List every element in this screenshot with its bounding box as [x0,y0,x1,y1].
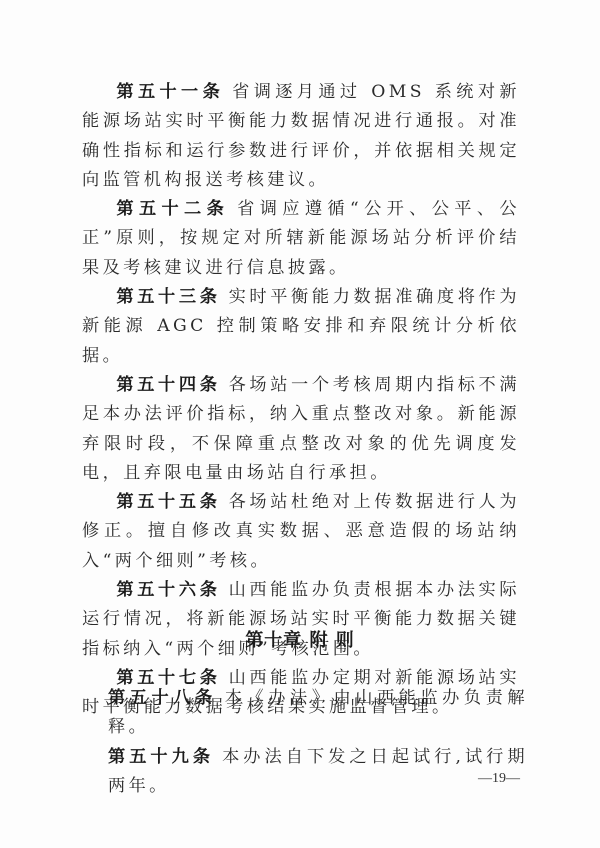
article-label: 第五十三条 [116,287,220,307]
article-59: 第五十九条本办法自下发之日起试行,试行期两年。 [108,743,528,802]
article-label: 第五十九条 [108,747,214,767]
article-58: 第五十八条本《办法》由山西能监办负责解释。 [108,684,528,743]
article-53: 第五十三条实时平衡能力数据准确度将作为新能源 AGC 控制策略安排和弃限统计分析… [82,283,520,371]
article-label: 第五十八条 [108,688,217,708]
supplementary-articles: 第五十八条本《办法》由山西能监办负责解释。 第五十九条本办法自下发之日起试行,试… [108,684,528,801]
page-number: —19— [478,771,520,787]
article-54: 第五十四条各场站一个考核周期内指标不满足本办法评价指标，纳入重点整改对象。新能源… [82,371,520,488]
article-52: 第五十二条省调应遵循“公开、公平、公正”原则，按规定对所辖新能源场站分析评价结果… [82,195,520,283]
article-label: 第五十四条 [116,375,220,395]
article-label: 第五十五条 [116,492,220,512]
chapter-title: 第十章 附 则 [0,626,600,652]
article-55: 第五十五条各场站杜绝对上传数据进行人为修正。擅自修改真实数据、恶意造假的场站纳入… [82,488,520,576]
article-51: 第五十一条省调逐月通过 OMS 系统对新能源场站实时平衡能力数据情况进行通报。对… [82,78,520,195]
document-page: 第五十一条省调逐月通过 OMS 系统对新能源场站实时平衡能力数据情况进行通报。对… [0,0,600,848]
article-label: 第五十六条 [116,580,220,600]
article-label: 第五十一条 [116,82,224,102]
article-label: 第五十二条 [116,199,229,219]
